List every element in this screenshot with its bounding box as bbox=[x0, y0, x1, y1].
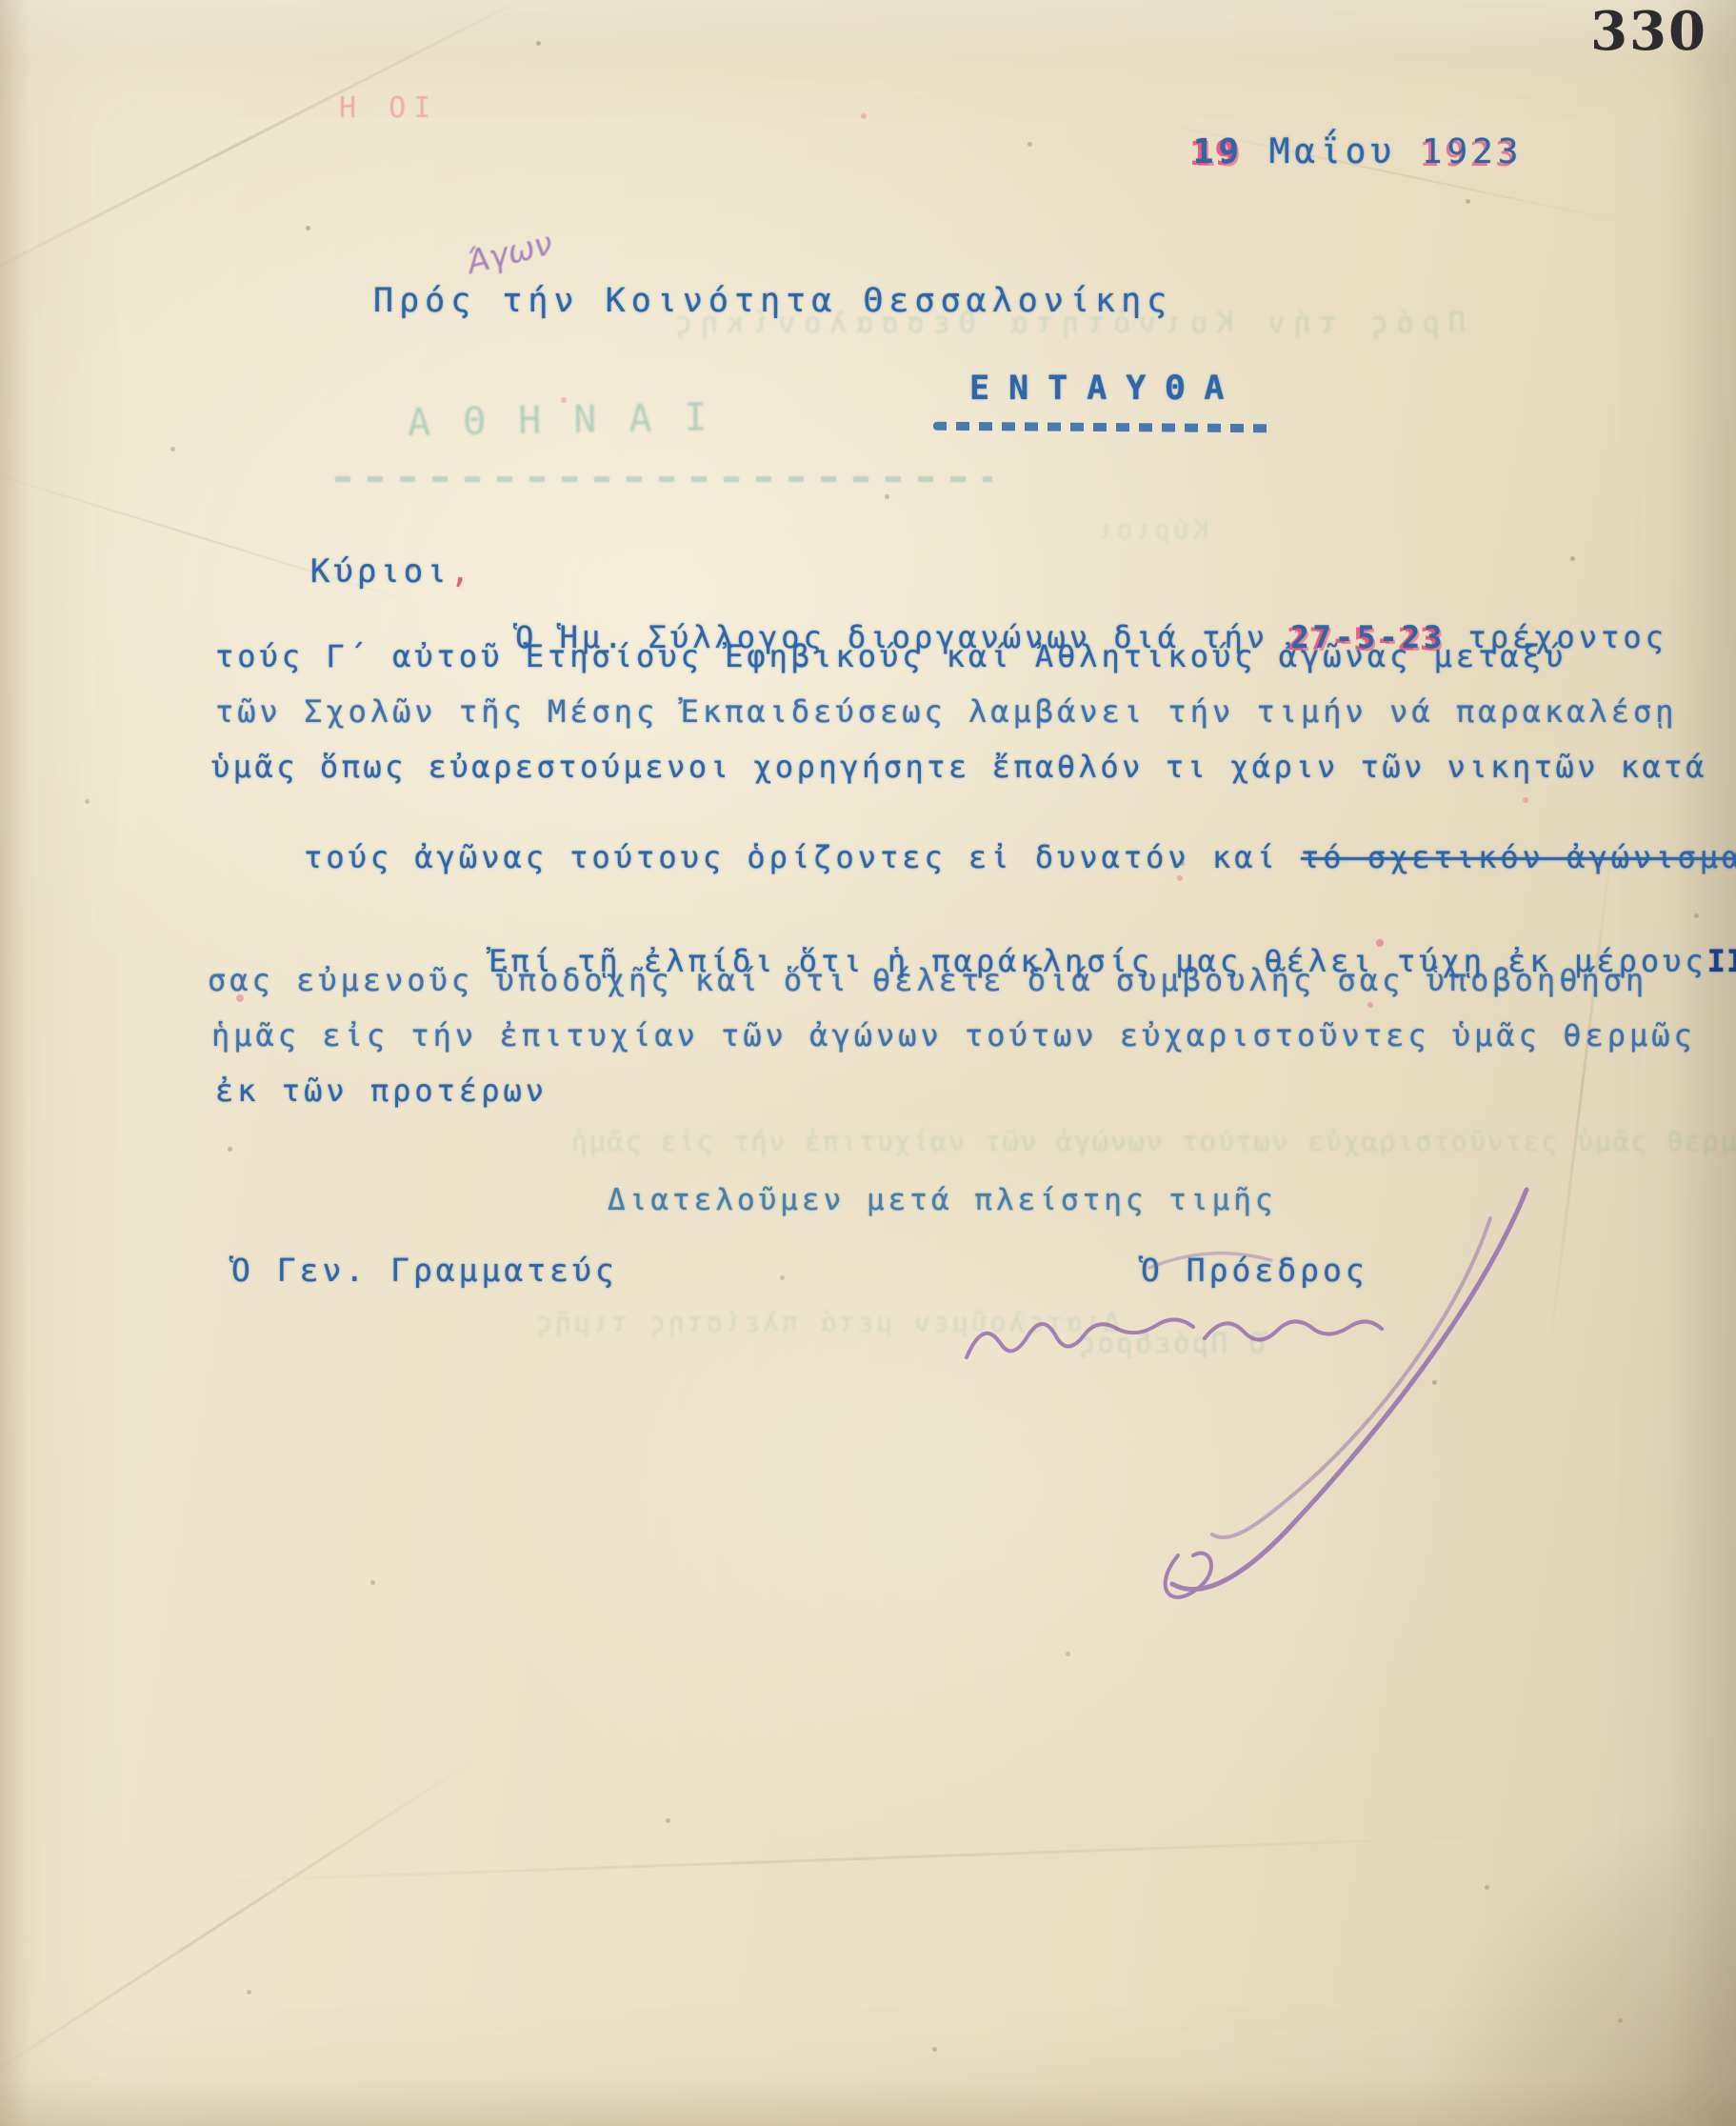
p1-l5-text: τούς ἀγῶνας τούτους ὁρίζοντες εἰ δυνατόν… bbox=[304, 839, 1301, 875]
signature-title-secretary: Ὁ Γεν. Γραμματεύς bbox=[231, 1252, 618, 1289]
body-p2-line1: Ἐπί τῇ ἐλπίδι ὅτι ἡ παράκλησίς μας θέλει… bbox=[400, 907, 1736, 1015]
scanned-letter-page: 330 Η ΟΙ 19 Μαΐου 1923 Άγων Πρός τήν Κοι… bbox=[0, 0, 1736, 2126]
body-p2-line2: σας εὐμενοῦς ὑποδοχῆς καί ὅτι θέλετε διά… bbox=[208, 962, 1647, 998]
p2-l1-overstrike-marks: ΙΙΙ bbox=[1707, 943, 1736, 979]
ghost-bleedthrough-text: Κύριοι bbox=[1095, 514, 1208, 546]
body-p2-line3: ἡμᾶς εἰς τήν ἐπιτυχίαν τῶν ἀγώνων τούτων… bbox=[211, 1017, 1696, 1053]
president-ink-signature bbox=[909, 1176, 1595, 1615]
body-p1-line4: ὑμᾶς ὅπως εὐαρεστούμενοι χορηγήσητε ἔπαθ… bbox=[211, 749, 1707, 785]
body-p1-line1: Ὁ Ἡμ. Σύλλογος διοργανώνων διά τήν 27-5-… bbox=[427, 583, 1667, 692]
date-day-overstruck: 19 bbox=[1193, 132, 1244, 171]
delivery-heading: ΕΝΤΑΥΘΑ bbox=[969, 370, 1244, 408]
paper-wrinkle bbox=[181, 1834, 1532, 1884]
faded-ghost-heading: ΑΘΗΝΑΙ bbox=[408, 395, 740, 445]
paper-left-edge bbox=[0, 0, 29, 2126]
date-line: 19 Μαΐου 1923 bbox=[1091, 93, 1523, 211]
date-year-overstruck: 1923 bbox=[1422, 132, 1524, 171]
archive-page-number: 330 bbox=[1590, 0, 1707, 63]
body-p1-line5: τούς ἀγῶνας τούτους ὁρίζοντες εἰ δυνατόν… bbox=[215, 803, 1736, 912]
handwritten-annotation: Άγων bbox=[464, 225, 557, 283]
ghost-bleedthrough-text: ἡμᾶς εἰς τήν ἐπιτυχίαν τῶν ἀγώνων τούτων… bbox=[571, 1126, 1736, 1157]
faded-stamp-fragment: Η ΟΙ bbox=[339, 91, 438, 125]
p1-l5-struck-text: τό σχετικόν ἀγώνισμα. bbox=[1301, 839, 1736, 875]
delivery-dashed-underline bbox=[933, 422, 1270, 432]
body-p1-line3: τῶν Σχολῶν τῆς Μέσης Ἐκπαιδεύσεως λαμβάν… bbox=[215, 693, 1678, 730]
body-p2-line4: ἐκ τῶν προτέρων bbox=[215, 1073, 548, 1109]
date-month: Μαΐου bbox=[1244, 132, 1422, 171]
paper-corner-fold-shadow bbox=[1412, 1802, 1736, 2126]
faded-ghost-underline bbox=[335, 476, 992, 482]
paper-wrinkle bbox=[0, 1758, 475, 2093]
recipient-line: Πρός τήν Κοινότητα Θεσσαλονίκης bbox=[373, 282, 1172, 320]
paper-top-edge bbox=[0, 0, 1736, 57]
body-p1-line2: τούς Γ΄ αὐτοῦ Ἐτησίους Ἐφηβικούς καί Ἀθλ… bbox=[215, 638, 1566, 674]
